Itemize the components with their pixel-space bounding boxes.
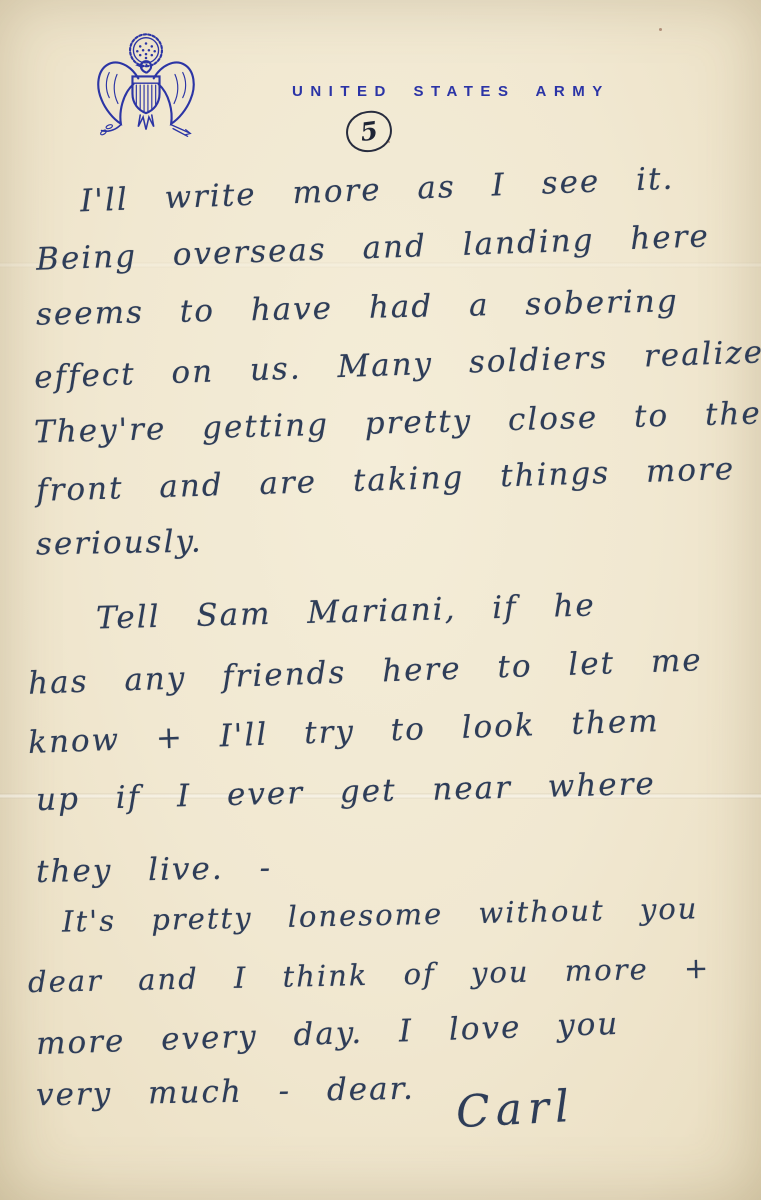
- page-number: 5: [358, 116, 379, 147]
- handwritten-line: front and are taking things more: [36, 451, 736, 509]
- handwritten-line: They're getting pretty close to the: [34, 395, 761, 450]
- handwritten-line: they live. -: [36, 850, 273, 890]
- army-eagle-seal-icon: [88, 30, 204, 146]
- signature: Carl: [455, 1081, 577, 1138]
- letter-page: UNITED STATES ARMY 5 I'll write more as …: [0, 0, 761, 1200]
- handwritten-line: has any friends here to let me: [28, 642, 704, 702]
- page-number-badge: 5: [343, 108, 394, 155]
- handwritten-line: know + I'll try to look them: [28, 703, 661, 761]
- handwritten-line: I'll write more as I see it.: [80, 161, 675, 220]
- handwritten-line: seems to have had a sobering: [36, 283, 679, 332]
- handwritten-line: up if I ever get near where: [36, 766, 657, 818]
- handwritten-line: very much - dear.: [36, 1071, 415, 1114]
- handwritten-line: dear and I think of you more +: [28, 951, 711, 999]
- letterhead-title: UNITED STATES ARMY: [292, 83, 610, 100]
- handwritten-line: effect on us. Many soldiers realize: [34, 334, 761, 395]
- handwritten-line: Being overseas and landing here: [36, 218, 711, 277]
- handwritten-line: seriously.: [36, 524, 203, 563]
- handwritten-line: It's pretty lonesome without you: [62, 891, 699, 938]
- paper-speck: [659, 28, 662, 31]
- handwritten-line: Tell Sam Mariani, if he: [96, 587, 597, 636]
- handwritten-line: more every day. I love you: [36, 1006, 620, 1062]
